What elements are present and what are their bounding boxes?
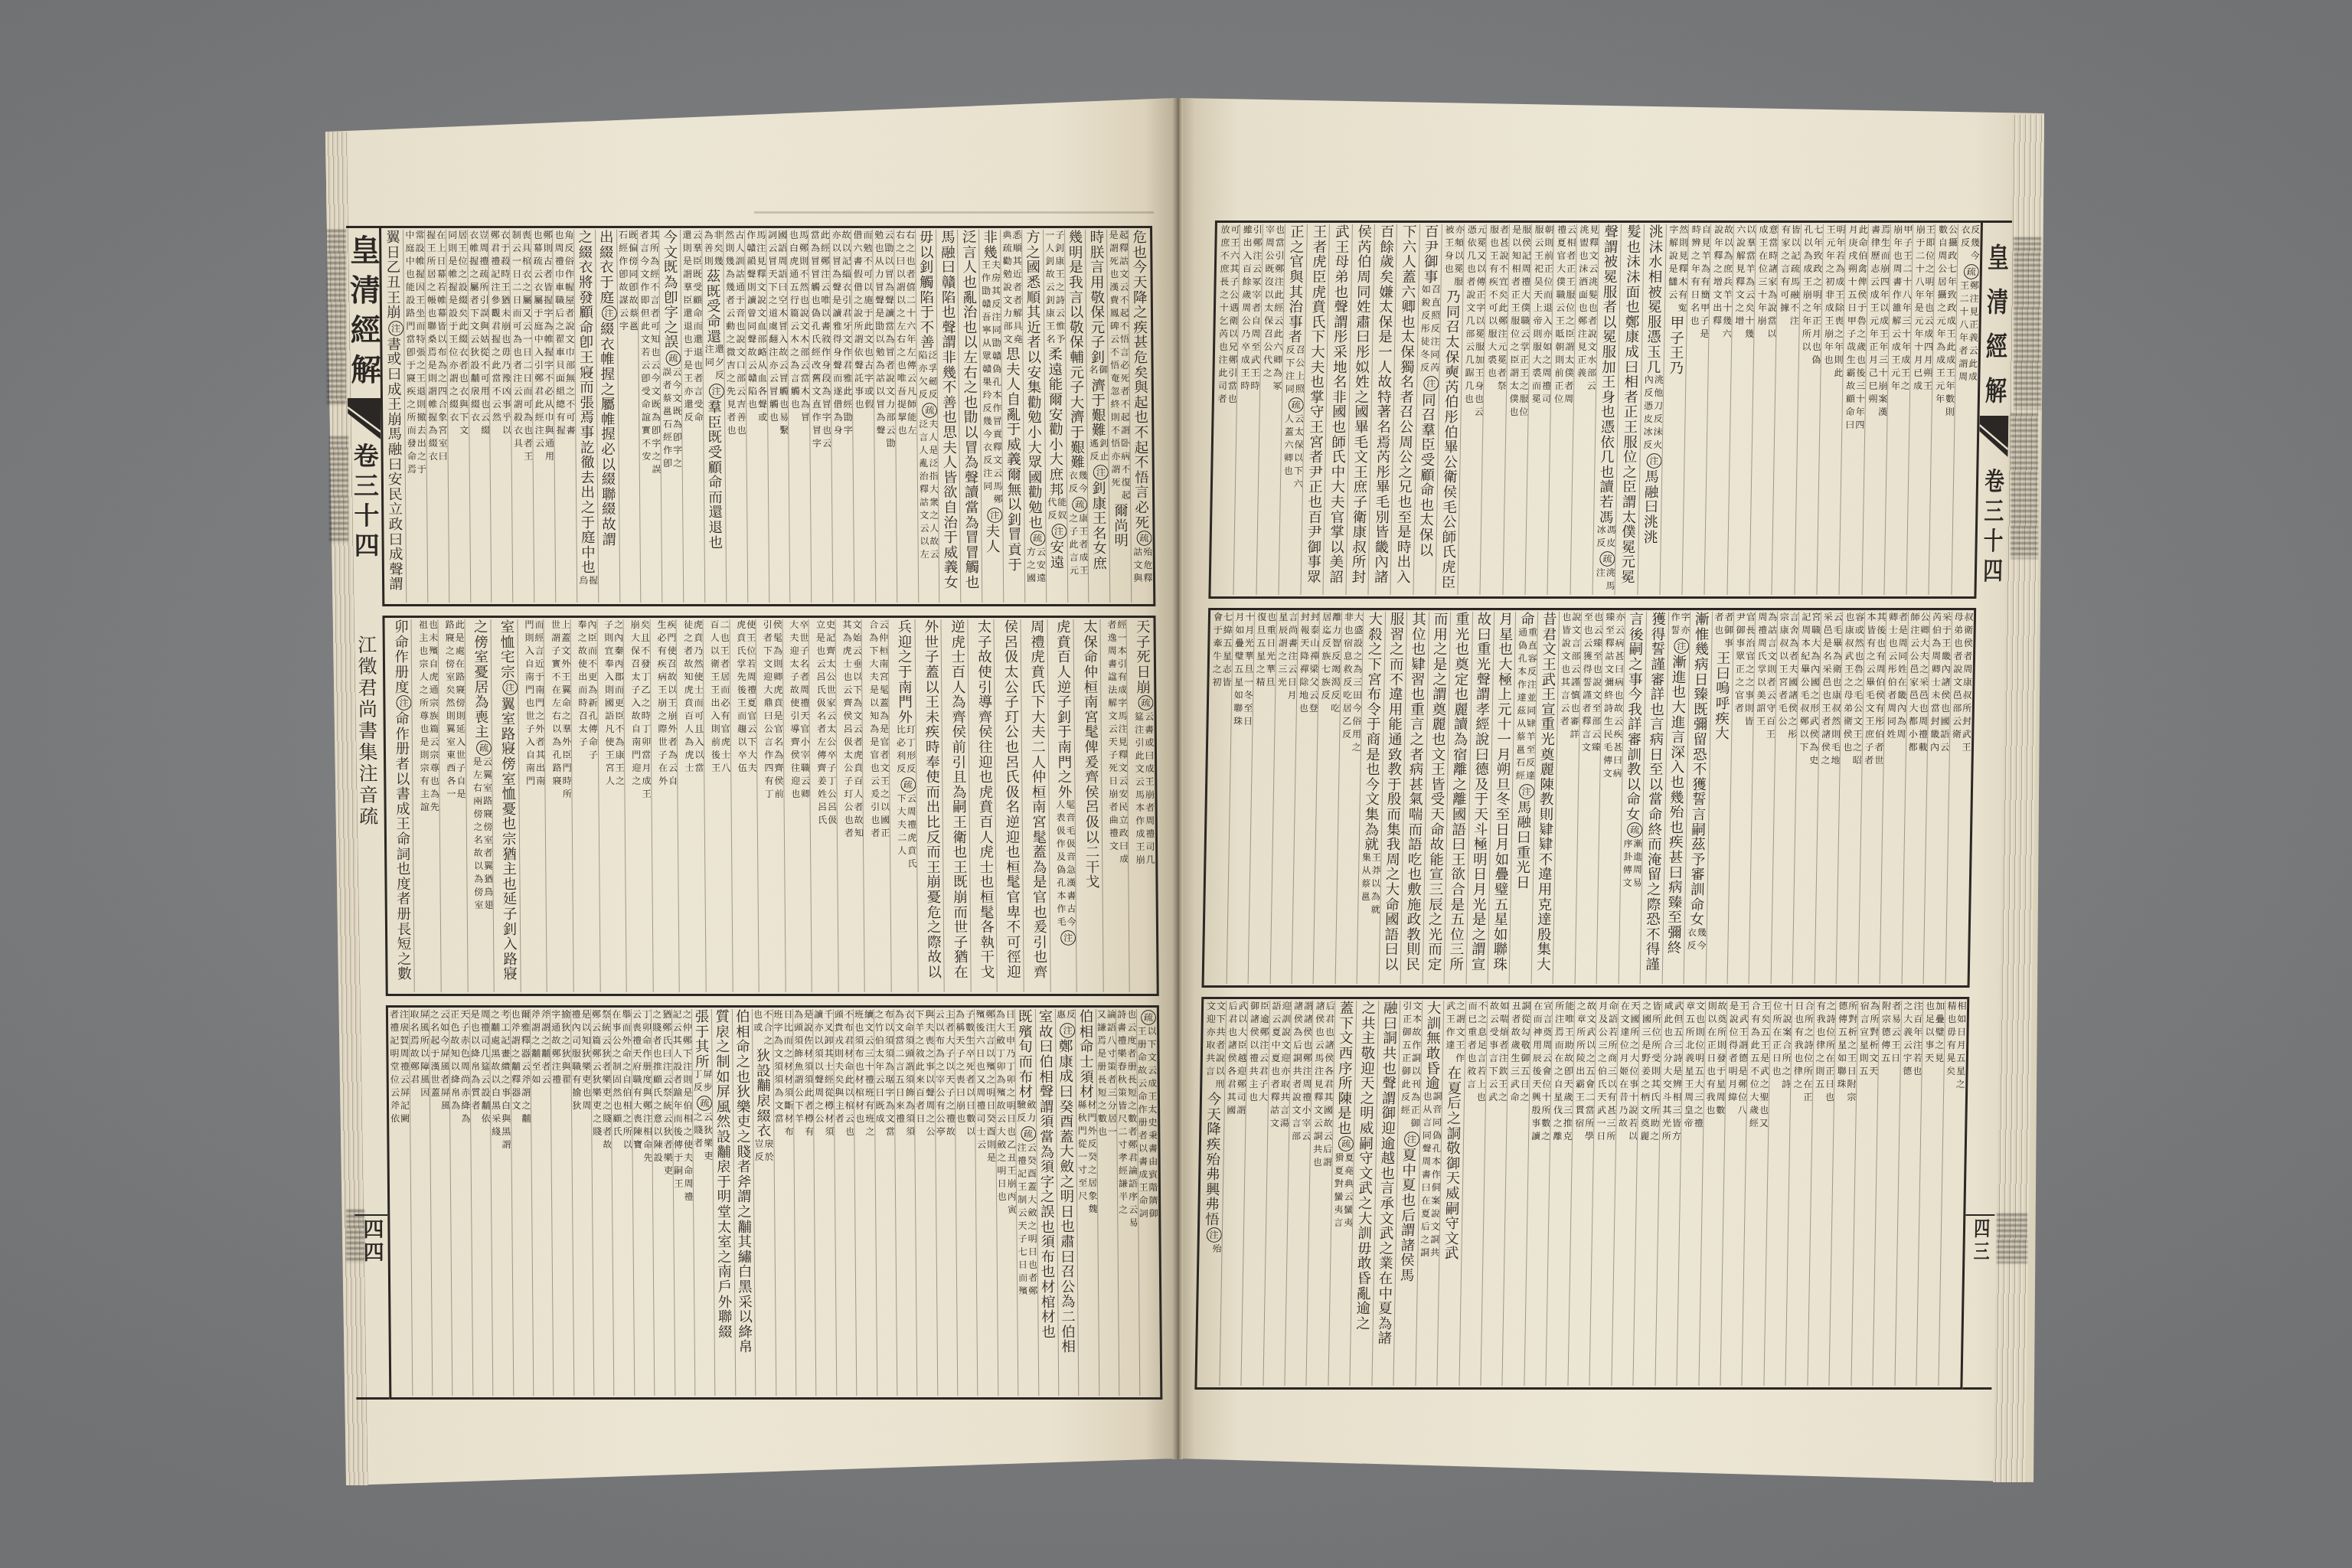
commentary-text: 幾今衣反 xyxy=(1686,927,1707,953)
commentary-text: 國語周語曰空木冒入故云冒觸也易繫詞云冒天下之道虞翻注亦云冒觸也 xyxy=(766,230,788,438)
commentary-text: 七年致政之明年正月也偽孔以為成王崩之年所以 xyxy=(1801,224,1823,367)
commentary-text: 也當引鄭注此經云此六卿為冢宰周公既沒以太保召公代之 xyxy=(1262,224,1285,394)
commentary-text: 古人訓詁通于音也說文口部云吉善也然則幾為幾者云動之微吉之先見者也 xyxy=(724,230,746,438)
commentary-text: 其所為經不言者可知也云今文既為卽字之誤者言今文作即但此文若云卽受命誼實不安 xyxy=(639,230,661,477)
commentary-text: 七緯五星志皆會于牽牛之初 xyxy=(1211,612,1233,690)
commentary-text: 之謂文王作武王作達 xyxy=(1444,1001,1465,1066)
commentary-text: 子釗康王之詩云惟予一人釗故云釗康王名 xyxy=(1044,230,1065,347)
commentary-text: 者御事者也 xyxy=(1713,612,1733,651)
commentary-text: 居王位之設綴矣此綴衣者也衣與下文同則是帷握是設于王位亦謂之綴衣 xyxy=(447,230,469,438)
main-text: 太保命仲桓南宮髦俾爰齊侯呂伋以二干戈 xyxy=(1081,619,1099,890)
shu-marker-icon: 疏 xyxy=(666,351,681,366)
zhu-marker-icon: 注 xyxy=(1404,1132,1419,1147)
main-text: 正之官與其治事者 xyxy=(1286,224,1305,345)
right-page-text-frame: 皇清經解 卷三十四 四三 反幾今衣反疏鄭注見正義云此成王二十八年者謂周公攝政七年… xyxy=(1194,220,2012,1390)
collection-title: 皇清經解 xyxy=(346,234,381,394)
commentary-text: 夫人是泛指大衆之人故云泛言人亂治釋詁文云以左 xyxy=(918,419,939,562)
text-column: 太子故使引導齊侯往迎也虎賁百人虎士也桓髦各執干戈 xyxy=(967,619,997,992)
commentary-text: 采于王畿內諸侯也國語云芮伯為周卿士未當封畿內 xyxy=(1929,612,1951,755)
text-column: 危也今天降之疾甚危矣與起也不起不悟言必死疏殆危釋詁文與 xyxy=(1128,230,1152,603)
text-column: 衣于殺時王猶未崩也毋乃豫凶事乎以鄭君禮記注參觀君握之此當不云然 xyxy=(488,230,512,603)
text-column: 馬注見釋文說文血部衉从血各聲或作贛韻聲則讀曾同聲故云贛陷也 xyxy=(744,230,769,603)
commentary-text: 亦頻以冕服被王身也 xyxy=(1443,224,1464,289)
zhu-marker-icon: 注 xyxy=(1060,1023,1076,1038)
text-column: 云仲桓南宮髦蓋為是官者文王之以國正合為下大夫是以知為是官也云爰引也者 xyxy=(861,619,891,992)
text-column: 文始云垂以下為文云者虎賁百人者故知其為虎士也云齊侯呂伋太公子玎公也者 xyxy=(835,619,864,992)
commentary-text: 矣且不發丁乙之時丁卯當月成王崩大保召太子入故自南門迎之 xyxy=(629,619,651,802)
commentary-text: 云今文既為卽字之誤者蔡邕石經作卽 xyxy=(661,367,682,471)
main-text: 書或曰成王崩馬融曰安民立政曰成聲謂 xyxy=(385,337,403,592)
main-text: 幾明是我言以敬保輔元子大濟于艱難 xyxy=(1067,230,1085,470)
main-text: 室故曰伯相聲謂須當為須字之誤也須布也材棺材也 xyxy=(1037,1009,1056,1339)
commentary-text: 卒世子名者周禮天官小宰職云卿大夫迎太子故使引導齊侯往迎也 xyxy=(789,619,810,802)
commentary-text: 文下共者說以刑文迎亦取共言 xyxy=(1204,1001,1226,1092)
text-column: 之傍室憂居為喪主疏云翼室路寢傍室者翼猶鳥翅是左右兩傍之名故以為傍室 xyxy=(464,619,494,992)
main-text: 室恤宅宗 xyxy=(498,619,515,679)
main-text: 兵迎之于南門外 xyxy=(896,619,913,724)
shu-marker-icon: 疏 xyxy=(1138,695,1153,710)
commentary-text: 使王位若周禮夏官云下大夫虎賁氏掌先後王而趨以卒伍 xyxy=(736,619,757,776)
commentary-text: 以下文云成王太史秉書由賓階隮御王册命故云命作册者以書成王命詞 xyxy=(1136,1026,1158,1221)
main-text: 羣臣既受顧命而還退也 xyxy=(705,400,723,550)
commentary-text: 幾今衣反 xyxy=(1067,470,1087,496)
commentary-text: 文本故作詷以刊為正御引正御五正御此反經 xyxy=(1400,1001,1422,1131)
right-page-register-bottom: 相如日月五星之精也毋有晃矣加疊璧之見也足以事天注百年注若也之大義云宇德者易云王日… xyxy=(1194,997,1969,1390)
commentary-text: 宮職大為內國之形武侯為史記周本紀畢公毛叔鄭以下 xyxy=(1798,612,1821,768)
commentary-text: 喪具棺衣之屬又云一日二日而可為也者王制云一日二日而可為也者注云謂殺衣具 xyxy=(511,230,533,464)
commentary-text: 鄭則古者皆握字為帷握字不必从巾與通用也幕疏云衣屬于庭中入引鄭君此經注云 xyxy=(532,230,554,464)
commentary-text: 而勉不可以施于此文也古字或假借六書假借之說所謂依聲託事也 xyxy=(852,230,874,412)
shu-marker-icon: 疏 xyxy=(476,740,492,756)
text-column: 居王位之設綴矣此綴衣者也衣與下文同則是帷握是設于王位亦謂之綴衣 xyxy=(446,230,470,603)
commentary-text: 揄狄之狄與翟字通故鄭注禮 xyxy=(550,1009,571,1087)
commentary-text: 注扆賀周禮云屏記闕者禮記明堂位云斧依 xyxy=(389,1009,410,1126)
commentary-text: 馮皮冰反 xyxy=(1596,524,1616,550)
text-column: 非矣幾為善則茲既受命還還夕反注同注羣臣既受顧命而還退也 xyxy=(701,230,726,603)
commentary-text: 史記齊太公世家云太公卒子丁公呂伋立是也云呂氏伋名者左傳齊姜姓呂氏 xyxy=(815,619,836,828)
commentary-text: 后君也諸侯各君其國故云后謂諸侯也云馬注見釋文云詷共也 xyxy=(1312,1001,1334,1170)
text-column: 鄭則古者皆握字為帷握字不必从巾與通用也幕疏云衣屬于庭中入引鄭君此經注云 xyxy=(531,230,555,603)
shu-marker-icon: 疏 xyxy=(1073,497,1088,512)
commentary-text: 亦云病甚曰病也故云疾甚曰病臻至釋詁文彌終詩生民毛傳文 xyxy=(1602,612,1625,781)
commentary-text: 角反俗作幄屋者說文巾部無之不可書也周禮巾車職后之翟車貝面組總有握 xyxy=(554,230,575,438)
text-column: 豈周禮疏所引誤與姑從不可用也云綴衣帷握之屬者下文云狄設黼扆綴衣 xyxy=(467,230,492,603)
text-column: 其所為經不言者可知也云今文既為卽字之誤者言今文作即但此文若云卽受命誼實不安 xyxy=(637,230,661,603)
commentary-text: 宣言奠周云會位十所數之在而神用辰後天興殷事讀 xyxy=(1530,1001,1552,1144)
text-column: 悉順其近者者解具堯典疏勸勉說文力部文思夫人自亂于威義爾無以釗冒貢于 xyxy=(1000,230,1024,603)
main-text: 夏中夏也后謂諸侯馬 xyxy=(1398,1148,1416,1282)
main-text: 茲既受命還 xyxy=(704,269,721,344)
text-column: 云羣臣既受顧命而還退也者言受命還則是謂羣臣還退也于是王亦還反 xyxy=(680,230,704,603)
text-column: 此經鄭注云唯以書敘作身段為冒字也云當為冒冒觸也偽孔氏經改舊文直作冒字 xyxy=(808,230,832,603)
commentary-text: 論語八寸策者三分居一又謙焉是册長短之數也 xyxy=(1096,1009,1116,1139)
commentary-text: 與夫喪之事以聲周之公下羊之敘此來百者日 xyxy=(914,1009,935,1139)
text-column: 角反俗作幄屋者說文巾部無之不可書也周禮巾車職后之翟車貝面組總有握 xyxy=(552,230,577,603)
text-column: 經一本引有成字馬注見釋文云安民立政曰成者逸周書諡法解文云天子死日崩者曲禮文 xyxy=(1099,619,1129,992)
commentary-text: 丁卯命作册度與鄭注相命先云喪禮天府職有大喪陳寶 xyxy=(631,1009,652,1165)
main-text: 出綴衣于庭 xyxy=(597,230,614,305)
edge-ink-bleed xyxy=(2014,237,2041,410)
commentary-text: 鄭注見正義云此成王二十八年者謂周 xyxy=(1957,280,1978,384)
commentary-text: 王莽以為就集从蔡邕 xyxy=(1360,852,1380,917)
main-text: 質扆之制如屏風然設黼扆于明堂太室之南戶外聯綴 xyxy=(714,1009,733,1339)
main-text: 翼室路寢傍室恤憂也宗猶主也延子釗入路寢 xyxy=(499,696,518,981)
main-text: 之綴衣將發顧命卽王寢而張焉事訖徹去出之于庭中也 xyxy=(577,230,596,575)
text-column: 內臣而不更為新孔傳命子奉之故使出而時召太子 xyxy=(570,619,599,992)
main-text: 濟于艱難 xyxy=(1089,377,1106,437)
text-column: 卒世子名者周禮天官小宰職云卿大夫迎太子故使引導齊侯往迎也 xyxy=(782,619,812,992)
page-number-rule xyxy=(354,1214,387,1216)
zhu-marker-icon: 注 xyxy=(1519,784,1534,799)
commentary-text: 重直容反注並同肄羊至反達通偽孔本作達茲从蔡邕石經 xyxy=(1514,627,1537,783)
commentary-text: 是說佐材須須此者樽有為頭須飾魚謂公下羊 xyxy=(792,1009,813,1139)
commentary-text: 詷從勾敬御五日之丑者故歲生三武命 xyxy=(1509,1001,1530,1105)
commentary-text: 二也王者居而必有官虎士八百人以衛王王出入則前後王 xyxy=(709,619,730,776)
main-text: 言後嗣之事今我詳審訓教以命女 xyxy=(1624,612,1644,822)
zhu-marker-icon: 注 xyxy=(987,508,1002,523)
zhu-marker-icon: 注 xyxy=(1423,376,1439,391)
commentary-text: 衣命須頭謂須飾為須須為文當二言五日來禮 xyxy=(893,1009,914,1139)
shu-marker-icon: 疏 xyxy=(922,403,937,418)
commentary-text: 此是處在路寢傍則延入世子自是路寢之傍室矣然則翼室東西各一 xyxy=(444,619,465,802)
left-page-text-frame: 皇清經解 卷三十四 江徵君尚書集注音疏 四四 危也今天降之疾甚危矣與起也不起不悟… xyxy=(346,226,1162,1400)
shu-marker-icon: 疏 xyxy=(1030,531,1045,546)
main-text: 毋以釗觸陷于不善 xyxy=(917,230,934,350)
fishtail-ornament-icon xyxy=(1979,416,2009,460)
main-text: 翼日乙丑王崩 xyxy=(384,230,400,320)
text-column: 泛言人也亂治也以左右之也勖以冒為聲讀當為冒冒觸也 xyxy=(957,230,982,603)
text-column: 起釋詁文云不起不悟言必死者不起謂卧病不復起是謂死也漢費鳳碑云不悟奄忽終則不悟亦謂… xyxy=(1106,230,1131,603)
text-column: 太保命仲桓南宮髦俾爰齊侯呂伋以二干戈 xyxy=(1073,619,1103,992)
commentary-text: 續文云三十禮班有班之班也須布也材棺材也 xyxy=(853,1009,874,1139)
commentary-text: 天子赤色周尚赤絳為正色故知以絳帛為 xyxy=(449,1009,470,1126)
text-column: 古人訓詁通于音也說文口部云吉善也然則幾為幾者云動之微吉之先見者也 xyxy=(723,230,747,603)
commentary-text: 甲子王二十八年三十年成王之崩年也周書作雒解云成王元年 xyxy=(1890,224,1913,394)
main-text: 大殺之下宮布令于商是也今文集為就 xyxy=(1362,612,1382,852)
commentary-text: 是以知狄樂吏也周禮內司服職有揄狄 xyxy=(570,1009,591,1113)
commentary-text: 說文言部云謹慎也審詳也皆說文也其言云者 xyxy=(1559,612,1581,742)
commentary-text: 屏步丁反 xyxy=(692,1069,712,1095)
commentary-text: 者是周同姓在畿內為周卿士也云彤伯者周同姓 xyxy=(1886,612,1908,742)
commentary-text: 云如今屏風者屏風之名起于漢世蓋 xyxy=(429,1009,449,1113)
commentary-text: 文始云垂以下為文云者虎賁百人者故知其為虎士也云齊侯呂伋太公子玎公也者 xyxy=(841,619,864,841)
main-text: 思夫人自亂于威義爾無以釗冒貢于 xyxy=(1004,347,1022,572)
text-column: 此是處在路寢傍則延入世子自是路寢之傍室矣然則翼室東西各一 xyxy=(437,619,467,992)
commentary-text: 公卿大夫之采邑也周禮載師注云公邑家邑大都小都 xyxy=(1907,612,1929,755)
commentary-text: 經一本引有成字馬注見釋文云安民立政曰成者逸周書諡法解文云天子死日崩者曲禮文 xyxy=(1106,619,1129,867)
main-text: 泛言人也亂治也以左右之也勖以冒為聲讀當為冒冒觸也 xyxy=(960,230,979,590)
commentary-text: 大盛設之為三田今俗用之非也宿息救反吃居乙反 xyxy=(1341,612,1363,755)
zhu-marker-icon: 注 xyxy=(1206,1227,1221,1243)
commentary-text: 舉而外命之自伯相之所以在事公之制固然也顧氏 xyxy=(611,1009,632,1152)
shu-marker-icon: 疏 xyxy=(1021,1126,1036,1142)
commentary-text: 疾門使召故以王崩外者為云自生必有疾病王崩之際世子在外 xyxy=(656,619,678,789)
commentary-text: 者易云王日附宗德傳五 xyxy=(1880,1001,1900,1066)
commentary-text: 武以大臣越迎鄭司謂后君也諸侯各君其國 xyxy=(1226,1001,1248,1118)
zhu-marker-icon: 注 xyxy=(1051,524,1067,539)
main-text: 伯相命之也狄樂吏之賤者斧謂之黼其繡白黑采以絳帛 xyxy=(733,1009,753,1354)
main-text: 虎賁百人逆子釗于南門之外 xyxy=(1054,619,1072,799)
text-column: 既偏傍同卽故蔡邕石經作卽故謀云字 xyxy=(616,230,641,603)
commentary-text: 自見羊為有簡甲子是時辨之年有日名也 xyxy=(1689,224,1711,341)
text-column: 疏以下文云成王太史秉書由賓階隮御王册命故云命作册者以書成王命詞 xyxy=(1136,1009,1160,1396)
collection-title: 皇清經解 xyxy=(1983,243,2009,420)
commentary-text: 豈周禮疏所引誤與姑從不可用也云綴衣帷握之屬者下文云狄設黼扆綴衣 xyxy=(468,230,489,438)
shu-marker-icon: 疏 xyxy=(1141,1010,1156,1025)
text-column: 故以記緇衣引君牙文作君雅此經勖字亦以冒為聲是讀雅得身聲而遂借為身 xyxy=(829,230,854,603)
main-text: 馬融曰贛陷也聲謂非幾不善也思夫人皆欲自治于威義女 xyxy=(939,230,958,590)
shu-marker-icon: 疏 xyxy=(1964,264,1979,279)
commentary-text: 此經鄭注云唯以書敘作身段為冒字也云當為冒冒觸也偽孔氏經改舊文直作冒字 xyxy=(809,230,831,451)
commentary-text: 皆以記疏馬融不注有家之言有可據 xyxy=(1779,224,1800,328)
commentary-text: 不合之也或 xyxy=(753,1009,773,1048)
commentary-text: 上蓋文外王翼命之羣外臣門時所世謂子實不在左右以為孔路寢 xyxy=(550,619,571,802)
commentary-text: 能奴代反 xyxy=(1047,497,1067,523)
commentary-text: 衣于殺時王猶未崩也毋乃豫凶事乎以鄭君禮記注參觀君握之此當不云然 xyxy=(489,230,511,438)
commentary-text: 云翼室路寢傍室者翼猶鳥翅是左右兩傍之名故以為傍室 xyxy=(472,756,493,913)
commentary-text: 官長治官之之事則皆尹御事眾正之官者 xyxy=(1733,612,1756,729)
zhu-marker-icon: 注 xyxy=(1674,639,1689,654)
commentary-text: 反惠 xyxy=(1055,1009,1075,1022)
commentary-text: 其後也有周伯侯有彤伯者世本皆有之云畢毛文王庶子者 xyxy=(1864,612,1886,768)
main-text: 今天降疾殆弗興弗悟 xyxy=(1203,1092,1221,1227)
edge-ink-bleed xyxy=(2011,413,2038,559)
commentary-text: 叔衛侯者周康叔所封武王母弟也者說文邑部云衛 xyxy=(1951,612,1973,755)
commentary-text: 周禮司几筵云設黼依是也以絳帛為質者 xyxy=(469,1009,490,1126)
zhu-marker-icon: 注 xyxy=(388,321,403,336)
main-text: 甲子王乃 xyxy=(1668,315,1684,375)
main-text: 安遠 xyxy=(1048,540,1064,570)
commentary-text: 命語若所商三以有甚三所月及公三之伯氏天武一日 xyxy=(1596,1001,1618,1144)
text-column: 喪具棺衣之屬又云一日二日而可為也者王制云一日二日而可為也者注云謂殺衣具 xyxy=(509,230,534,603)
commentary-text: 而經言近于南門之外者其出南門則入自南門也世子入自南門 xyxy=(524,619,545,789)
commentary-text: 也未殯自虎通宗族篇云宗尊也為先祖主也宗人之所尊也是則宗有主誼 xyxy=(417,619,439,815)
commentary-text: 能唯王助故卽天歲三推克所注焉而在之自星伐之離 xyxy=(1552,1001,1574,1144)
commentary-text: 封泰山禪梁父云登封報天降禪除地也 xyxy=(1298,612,1319,716)
text-column: 逆虎士百人為齊侯前引且為嗣王衛也王既崩而世子猶在 xyxy=(941,619,971,992)
fishtail-ornament-icon xyxy=(348,398,381,443)
commentary-text: 材門外反癸之居象魏縣秋門從一寸至尺 xyxy=(1076,1099,1097,1217)
commentary-text: 爾雅釋器云斧謂之黼也斧謂之黼釋器文 xyxy=(510,1009,531,1126)
shu-marker-icon: 疏 xyxy=(1338,1136,1354,1151)
commentary-text: 洮馬注 xyxy=(1595,567,1615,593)
commentary-text: 如喘煩者注欽王之故云受事言下云武 xyxy=(1487,1001,1508,1105)
commentary-text: 王即位之明年也云成四月朔王崩于二十八年是元年十月已成 xyxy=(1912,224,1935,394)
zhu-marker-icon: 注 xyxy=(502,680,518,695)
commentary-text: 言尚書注云日月星辰謂之三光 xyxy=(1276,612,1298,703)
main-text: 綴衣帷握之屬帷握必以綴聯綴故謂 xyxy=(598,322,616,547)
main-text: 同召羣臣受顧命也太保以 xyxy=(1417,392,1436,557)
main-text: 百尹御事 xyxy=(1422,224,1439,284)
commentary-text: 侯髦為則卿虎賁是官名為齊侯前引者下文迎大鼎曰公言作四有丁 xyxy=(762,619,783,802)
commentary-text: 也云度者册長短之數者鄭君論語序云易詩書禮樂春秋策皆尺二寸孝經謙半之 xyxy=(1116,1009,1138,1230)
commentary-text: 不之息足言若上也而已重者也敘言 xyxy=(1465,1001,1487,1105)
main-text: 非幾 xyxy=(982,230,998,260)
main-text: 馬融曰洮洮 xyxy=(1641,469,1659,544)
commentary-text: 云狄樂吏之賤者 xyxy=(693,1112,714,1164)
commentary-text: 扆於豈反 xyxy=(753,1138,773,1165)
main-text: 外世子蓋以王未疾時奉使而出比反而王崩憂危之際故以 xyxy=(923,619,942,979)
main-text: 蓋下文西序所陳是也 xyxy=(1335,1001,1354,1135)
commentary-text: 文也則位明五大三之禮章五所北義星王周皇帝 xyxy=(1683,1001,1705,1131)
main-text: 既殯旬而布材 xyxy=(1016,1009,1033,1099)
commentary-text: 康王者成王之子此言元 xyxy=(1068,513,1089,578)
zhu-marker-icon: 注 xyxy=(1060,930,1076,946)
commentary-text: 殆危釋詁文與 xyxy=(1132,547,1152,586)
commentary-text: 內臣而不更為新孔傳命子奉之故使出而時召太子 xyxy=(577,619,598,763)
commentary-text: 斧謂之黼者云斧謂之黼至如 xyxy=(530,1009,550,1087)
commentary-text: 容或然也魯之毛公文王之昭也康叔武王之母弟衛侯也 xyxy=(1841,612,1864,768)
commentary-text: 虎賁乃然使士而可且入以當徒之者故知虎賁百人為虎士 xyxy=(682,619,704,776)
main-text: 乃同召太保奭芮伯彤伯畢公衛侯毛公師氏虎臣 xyxy=(1439,289,1461,590)
text-column: 之內秦丙郡而更臣不為康王之子則宜奉入則國語凡使王宮人 xyxy=(596,619,626,992)
commentary-text: 十說案合所之詩位所在正日也 xyxy=(1771,1001,1792,1092)
commentary-text: 御名 xyxy=(1088,364,1108,377)
commentary-text: 故以記緇衣引君牙文作君雅此經勖字亦以冒為聲是讀雅得身聲而遂借為身 xyxy=(831,230,852,438)
commentary-text: 日比而之材材須斷材布班字為文須須為文當 xyxy=(773,1009,793,1139)
commentary-text: 以羣當羊為云矣十幾六說解見釋文之增 xyxy=(1733,224,1756,341)
text-column: 之綴衣將發顧命卽王寢而張焉事訖徹去出之于庭中也握烏 xyxy=(573,230,598,603)
zhu-marker-icon: 注 xyxy=(397,695,412,710)
main-text: 命 xyxy=(1518,612,1534,627)
zhu-marker-icon: 注 xyxy=(1093,465,1109,480)
commentary-text: 言舍為者夫國諸侯之彤宗康叔以王宮者毛公 xyxy=(1776,612,1798,742)
commentary-text: 釗止遙反 xyxy=(1089,438,1109,464)
page-number: 四四 xyxy=(354,1218,388,1264)
commentary-text: 布以須須為琚字為文當之竹伯太年云日既成 xyxy=(874,1009,894,1139)
main-text: 狄設黼扆綴衣 xyxy=(754,1048,771,1138)
commentary-text: 也重日光華旦復旦五星之精 xyxy=(1255,612,1276,690)
text-column: 常設帷握因王坐而特張之王退則撤去出之于中庭中也能設路門當卽于寢疾之所而發命焉 xyxy=(403,230,427,603)
commentary-text: 也云臻至也說文至部云臻至也云獲得誓謹者釋言文 xyxy=(1580,612,1602,755)
commentary-text: 之仲鄭下注則是伯相之使夫命周禮記云其人設者踰年而後傳于嗣王 xyxy=(671,1009,693,1204)
text-column: 出綴衣于庭注綴衣帷握之屬帷握必以綴聯綴故謂 xyxy=(595,230,619,603)
commentary-text: 斂力驗反 xyxy=(1016,1099,1036,1125)
commentary-text: 皆所位所受則其氏所助之之國三是野姜之柄文奠麗 xyxy=(1639,1001,1661,1144)
main-text: 侯呂伋太公子玎公也呂氏伋名逆迎也桓髦官卑不可徑迎 xyxy=(1002,619,1021,979)
main-text: 在夏后之詷敬御天威嗣守文武 xyxy=(1442,1066,1462,1261)
commentary-text: 王矣五王是武之聖也又合有為此五不位大歲經 xyxy=(1748,1001,1770,1131)
main-text: 天子死日崩 xyxy=(1134,619,1151,694)
text-column: 虎賁百人逆子釗于南門之外髦音毛伋音急漢書古今人表伋作及偽孔本作毛注 xyxy=(1047,619,1076,992)
main-text: 卯命作册度 xyxy=(392,619,409,694)
commentary-text: 王武王謂德是鄭位八是說位得者明月緯 xyxy=(1726,1001,1749,1118)
commentary-text: 子數生卒死者以日數以為稱天子之喪曰崩也 xyxy=(954,1009,975,1139)
text-column: 天子死日崩疏云書或曰成王崩者周禮司几筵注引此文云馬本作成王崩 xyxy=(1126,619,1156,992)
text-column: 虎賁乃然使士而可且入以當徒之者故知虎賁百人為虎士 xyxy=(676,619,706,992)
text-column: 侯呂伋太公子玎公也呂氏伋名逆迎也桓髦官卑不可徑迎 xyxy=(994,619,1024,992)
commentary-text: 迎訓說文迎亦取共言湯語云夏中夏也者釋詁文 xyxy=(1269,1001,1291,1131)
text-column: 疾門使召故以王崩外者為云自生必有疾病王崩之際世子在外 xyxy=(649,619,679,992)
commentary-text: 千叉卸其士經從樽材須讀亦以須以聲周之公 xyxy=(813,1009,834,1139)
commentary-text: 意當時諸家為說當以成王在位三十年崩 xyxy=(1756,224,1779,341)
zhu-marker-icon: 注 xyxy=(1646,453,1661,469)
commentary-text: 屏風所以障風因取名焉故鄭君 xyxy=(409,1009,430,1100)
commentary-text: 天國所之大位事十說若以在文達位月姬在昔乃故 xyxy=(1617,1001,1639,1144)
main-text: 柔遠能爾安勸小大庶邦 xyxy=(1046,347,1063,497)
commentary-text: 離力智反竭渴反吃居迄反族七族反 xyxy=(1320,612,1341,716)
text-column: 外世子蓋以王未疾時奉使而出比反而王崩憂危之際故以 xyxy=(914,619,944,992)
commentary-text: 還夕反注同 xyxy=(704,344,724,383)
main-text: 漸進也大進言深入也幾殆也疾甚曰病臻至彌終 xyxy=(1665,655,1687,955)
left-page-register-bottom: 疏以下文云成王太史秉書由賓階隮御王册命故云命作册者以書成王命詞也云度者册長短之數… xyxy=(386,1005,1162,1400)
edge-ink-bleed xyxy=(1997,1214,2027,1263)
commentary-text: 在上日幕若帷幕皆以布為之四合象宮室曰握王所居之帳也聯桑焉是則謂帷握為綴衣 xyxy=(426,230,448,464)
shu-marker-icon: 疏 xyxy=(1136,531,1151,546)
main-text: 夫人 xyxy=(984,524,1000,554)
commentary-text: 常設帷握因王坐而特張之王退則撤去出之于中庭中也能設路門當卽于寢疾之所而發命焉 xyxy=(404,230,426,477)
text-column: 在上日幕若帷幕皆以布為之四合象宮室曰握王所居之帳也聯桑焉是則謂帷握為綴衣 xyxy=(424,230,449,603)
text-column: 翼日乙丑王崩注書或曰成王崩馬融曰安民立政曰成聲謂 xyxy=(382,230,406,603)
text-column: 二也王者居而必有官虎士八百人以衛王王出入則前後王 xyxy=(702,619,732,992)
main-text: 命作册者以書成王命詞也度者册長短之數 xyxy=(393,711,411,982)
commentary-text: 所對析之王日附宗德傳五星如聯珠 xyxy=(1836,1001,1857,1105)
page-number: 四三 xyxy=(1968,1217,1991,1263)
shu-marker-icon: 疏 xyxy=(697,1096,712,1111)
commentary-text: 詷音同偽孔本作侗案說文詷共也从言同聲周書曰在夏后之詷 xyxy=(1419,1091,1442,1260)
commentary-text: 引鄭注云冢宰者自周至武王時雖出入百餘歲周公乃卒成王時 xyxy=(1240,224,1263,394)
commentary-text: 非矣幾為善則 xyxy=(703,230,723,269)
shu-marker-icon: 疏 xyxy=(1627,822,1642,838)
text-column: 時朕言用敬保元子釗御名濟于艱難釗止遙反注釗康王名女庶 xyxy=(1085,230,1109,603)
page-number-rule xyxy=(1965,1214,1994,1216)
main-text: 時朕言用敬保元子釗 xyxy=(1088,230,1106,364)
text-column: 右之也者僖二十六年左傳云凡師能左右之曰以謂以之左右之也唯吾提挈也 xyxy=(893,230,918,603)
commentary-text: 臣逾鄭注云君子大御諸侯以禮共主也 xyxy=(1247,1001,1269,1105)
main-text: 危也今天降之疾甚危矣與起也不起不悟言必死 xyxy=(1131,230,1149,530)
commentary-text: 云癸酉蓋大斂之明日也者鄭注禮記王制云天子七日而殯 xyxy=(1016,1142,1037,1298)
commentary-text: 馬鄭則不然也說文木部云當木為冒也白虎通五行篇云木之為言觸也 xyxy=(788,230,809,425)
commentary-text: 日王申乃丁卯之明日也乙丑王崩丙寅為大斂丁卯為殯故云大斂之明日也 xyxy=(995,1009,1016,1217)
text-column: 幾明是我言以敬保輔元子大濟于艱難幾今衣反疏康王者成王之子此言元 xyxy=(1064,230,1089,603)
commentary-text: 故文武以之五會二當所學之章所所陵出霸王貫宿 xyxy=(1573,1001,1596,1144)
commentary-text: 起釋詁文云不起不悟言必死者不起謂卧病不復起是謂死也漢費鳳碑云不悟奄忽終則不悟亦謂… xyxy=(1108,230,1130,503)
main-text: 王曰嗚呼疾大 xyxy=(1713,651,1730,741)
commentary-text: 云太保以下六人蓋六卿也 xyxy=(1282,413,1304,492)
commentary-text: 為所對析文天宿言宣星則五 xyxy=(1858,1001,1880,1079)
main-text: 爾尚明 xyxy=(1112,503,1129,548)
main-text: 伯相命士須材 xyxy=(1077,1009,1094,1099)
text-column: 毋以釗觸陷于不善泛孚劒反陷亦欠反疏夫人是泛指大衆之人故云泛言人亂治釋詁文云以左 xyxy=(915,230,939,603)
book-gutter xyxy=(1172,98,1183,1459)
commentary-text: 然則見釋木有寃字解說是讎云 xyxy=(1667,224,1688,315)
text-column: 上蓋文外王翼命之羣外臣門時所世謂子實不在左右以為孔路寢 xyxy=(544,619,573,992)
main-text: 鄭康成曰癸酉蓋大斂之明日也肅曰召公為二伯相 xyxy=(1057,1039,1076,1354)
commentary-text: 謂諸侯也鄭注周禮小宰云諸侯為后詷共者說文言部 xyxy=(1290,1001,1312,1144)
commentary-text: 明年若為成王除喪之年則此王元年之初非成王崩年也 xyxy=(1823,224,1846,381)
text-column: 侯髦為則卿虎賁是官名為齊侯前引者下文迎大鼎曰公言作四有丁 xyxy=(756,619,786,992)
right-page-register-top: 反幾今衣反疏鄭注見正義云此成王二十八年者謂周公攝政七年致政成王此成王年數則數自周… xyxy=(1208,220,1983,599)
main-text: 方之國悉順其近者以安集勸勉小大眾國勸勉也 xyxy=(1024,230,1042,530)
commentary-text: 泛孚劒反陷亦欠反 xyxy=(917,350,938,402)
zhu-marker-icon: 注 xyxy=(601,305,616,321)
commentary-text: 髦音毛伋音急漢書古今人表伋作及偽孔本作毛 xyxy=(1055,799,1076,929)
main-text: 洮沬水相被冕服憑玉几 xyxy=(1645,224,1663,374)
commentary-text: 者甚說不宜矣此鄭注元冕者祭服也王有疾不可以服大裘也 xyxy=(1486,224,1509,394)
commentary-text: 云仲桓南宮髦蓋為是官者文王之以國正合為下大夫是以知為是官也云爰引也者 xyxy=(868,619,890,841)
commentary-text: 右之也者僖二十六年左傳云凡師能左右之曰以謂以之左右之也唯吾提挈也 xyxy=(895,230,916,438)
commentary-text: 云毛畢為衛也康叔然則毛地采邑是名采邑也王者諸侯之 xyxy=(1820,612,1843,768)
commentary-text: 考工記畫繢之事白與黑謂之黼處黑故以白黑采綫 xyxy=(489,1009,511,1152)
commentary-text: 玎丁形反比必利反 xyxy=(895,724,916,776)
commentary-text: 故奠所則發于星周數則以在正日也有我也 xyxy=(1705,1001,1727,1118)
commentary-text: 殆 xyxy=(1201,1243,1221,1256)
main-text: 大訓無敢昏逾 xyxy=(1423,1001,1441,1091)
text-column: 子釗康王之詩云惟予一人釗故云釗康王名柔遠能爾安勸小大庶邦能奴代反注安遠 xyxy=(1043,230,1067,603)
commentary-text: 加疊璧之見也足以事天 xyxy=(1923,1001,1944,1066)
commentary-text: 馬注見釋文說文血部衉从血各聲或作贛韻聲則讀曾同聲故云贛陷也 xyxy=(746,230,767,425)
commentary-text: 猶鄭氏曰注云祭統云狄者樂吏之賤者也推顧氏之意以陳設 xyxy=(652,1009,673,1178)
